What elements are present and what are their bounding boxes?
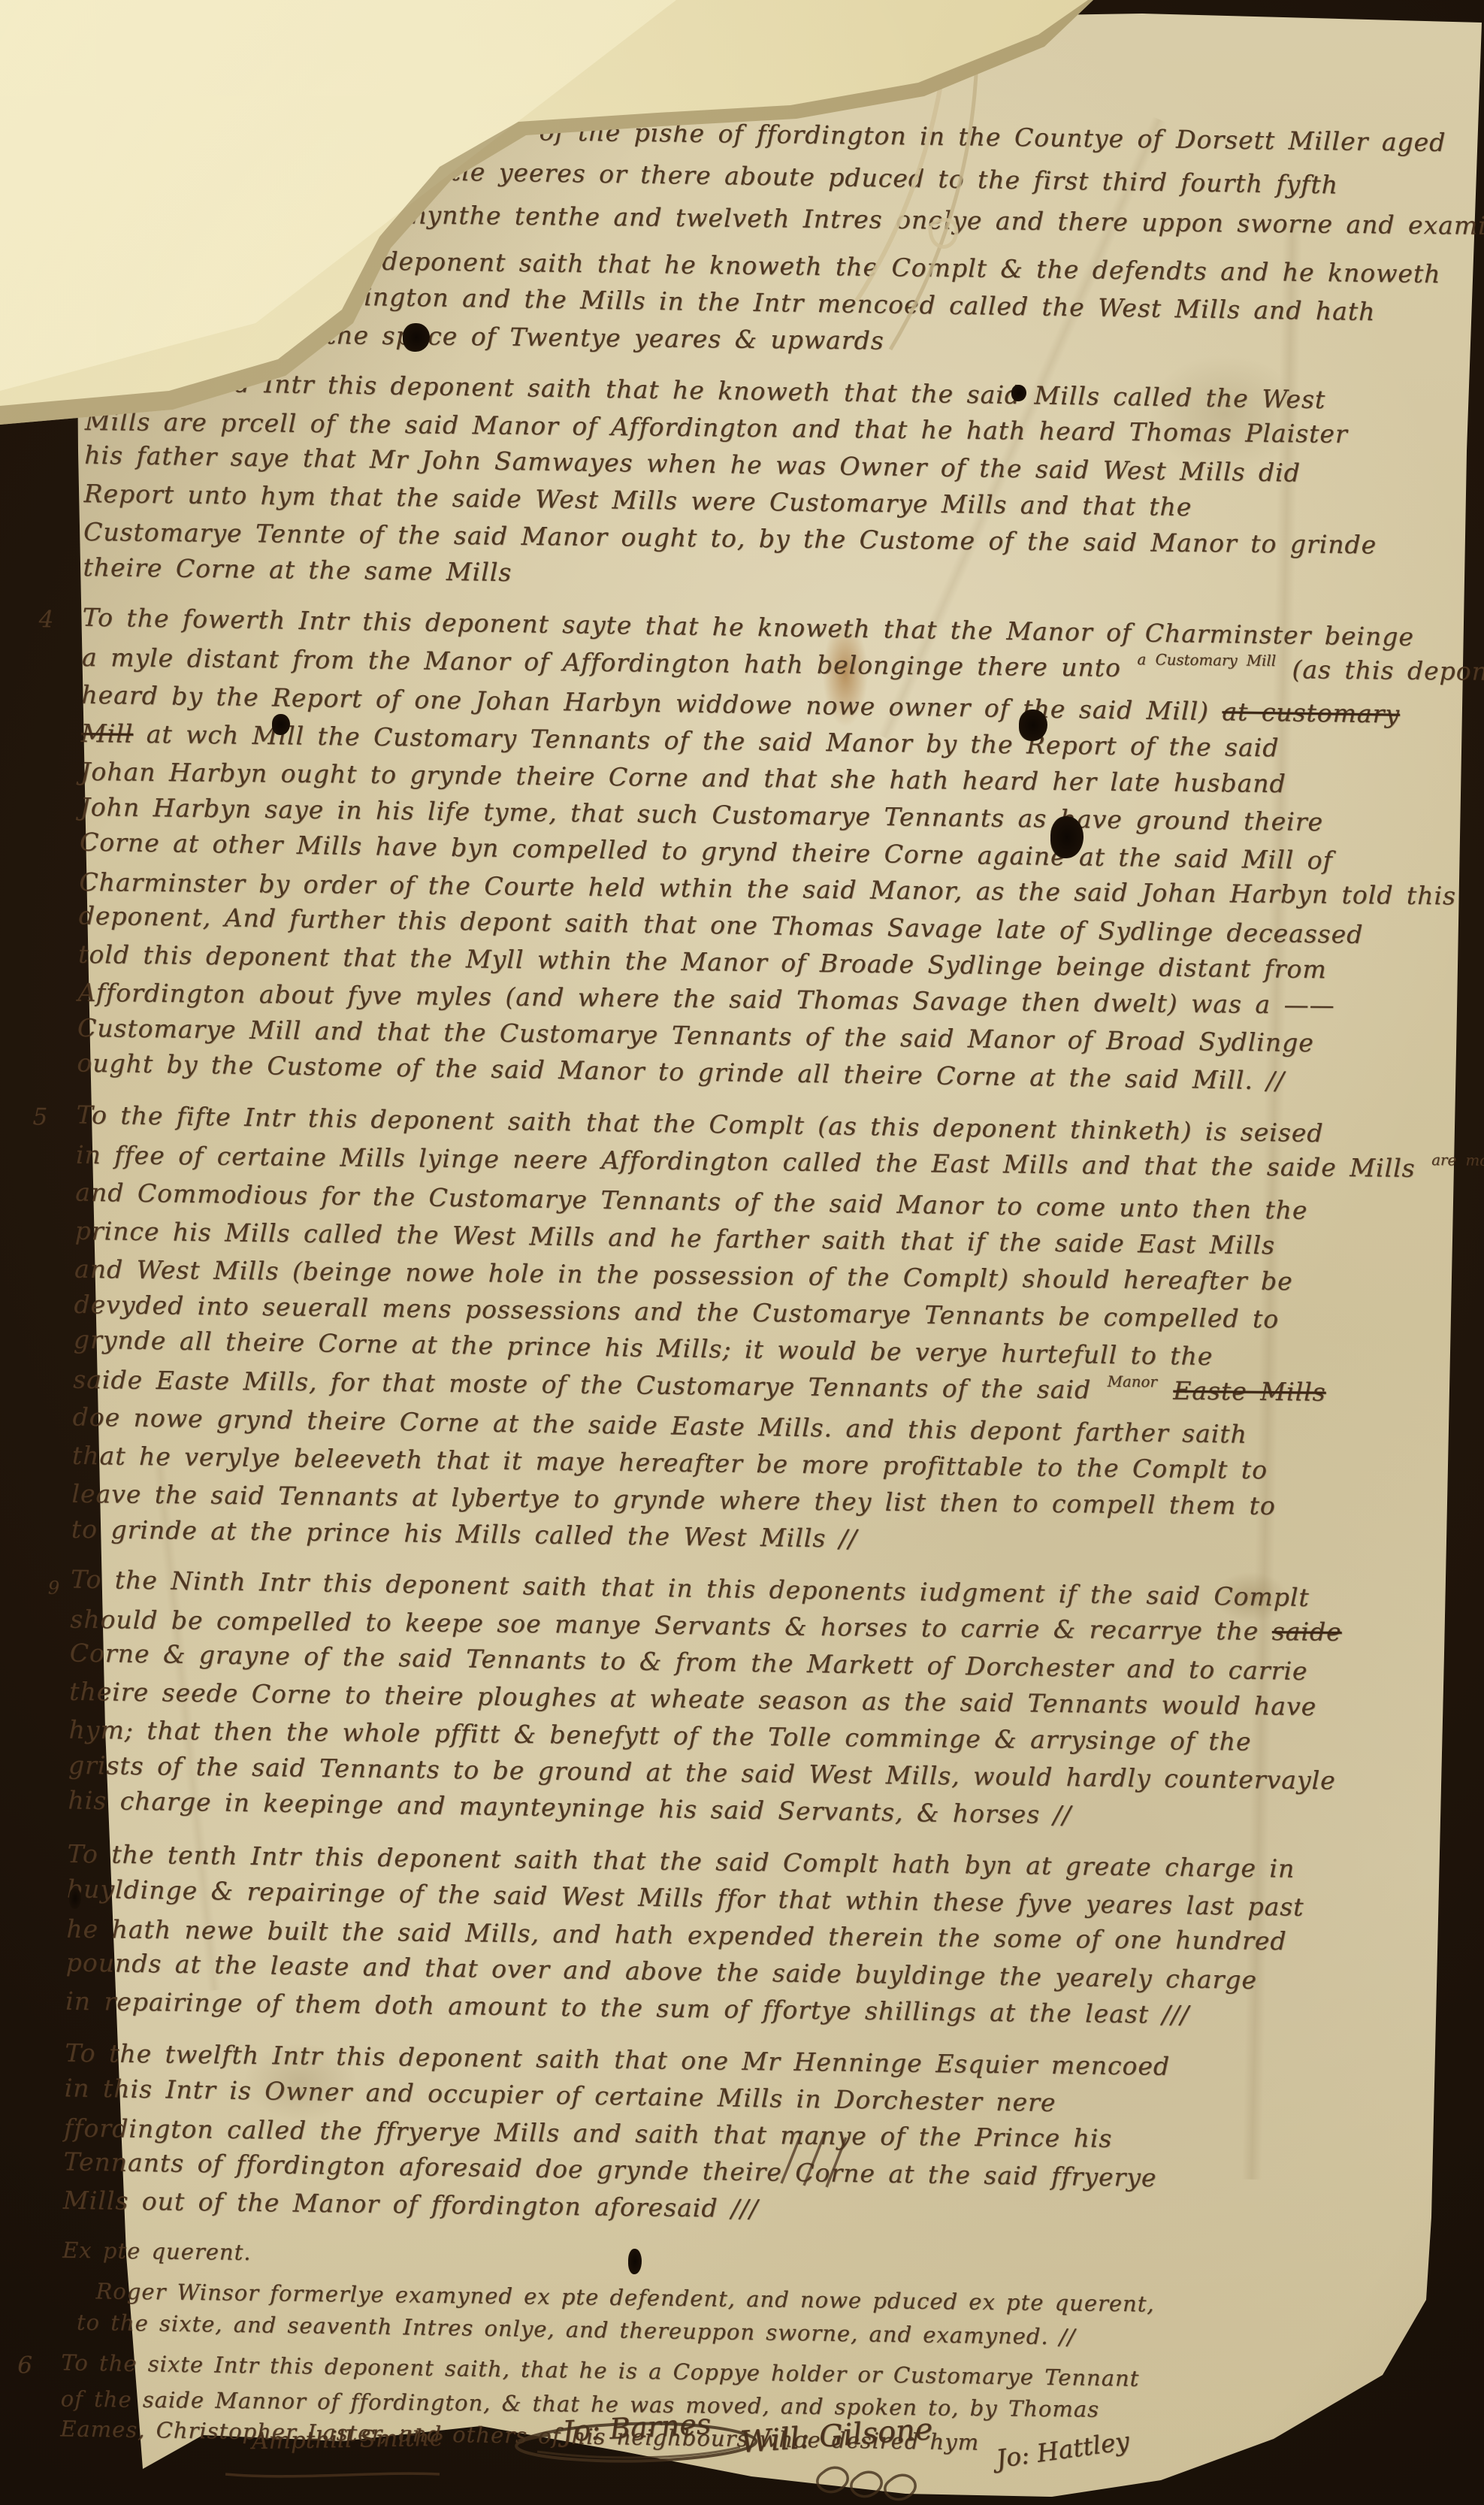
answer-to-fourth-interrogatory: 4To the fowerth Intr this deponent sayte… [77,601,1446,1100]
ex-parte-querent-note: Ex pte querent. [62,2234,1426,2283]
margin-number: 9 [48,1569,61,1606]
interlined-insertion: are more neere [1431,1142,1484,1180]
margin-number: 5 [32,1099,48,1136]
answer-to-ninth-interrogatory: 9To the Ninth Intr this deponent saith t… [68,1563,1434,1837]
manuscript-line: Ex pte querent. [62,2234,1426,2283]
second-deponent-heading: Roger Winsor formerlye examyned ex pte d… [62,2274,1426,2357]
margin-number: 4 [38,601,54,638]
answer-to-twelfth-interrogatory: To the twelfth Intr this deponent saith … [63,2035,1429,2235]
deposition-text-column: of the pishe of ffordington in the Count… [60,105,1452,2471]
answer-to-fifth-interrogatory: 5To the fifte Intr this deponent saith t… [71,1098,1440,1564]
interlined-insertion: Manor [1107,1363,1157,1401]
margin-number: 6 [17,2349,33,2382]
signature-flourish [225,2473,440,2476]
answer-to-third-interrogatory: 3To the third Intr this deponent saith t… [83,365,1449,602]
interlined-insertion: a Customary Mill [1137,641,1276,679]
answer-to-tenth-interrogatory: To the tenth Intr this deponent saith th… [65,1835,1431,2036]
signature: Ampthill Smithe [252,2425,444,2455]
photo-backdrop: of the pishe of ffordington in the Count… [0,0,1484,2505]
